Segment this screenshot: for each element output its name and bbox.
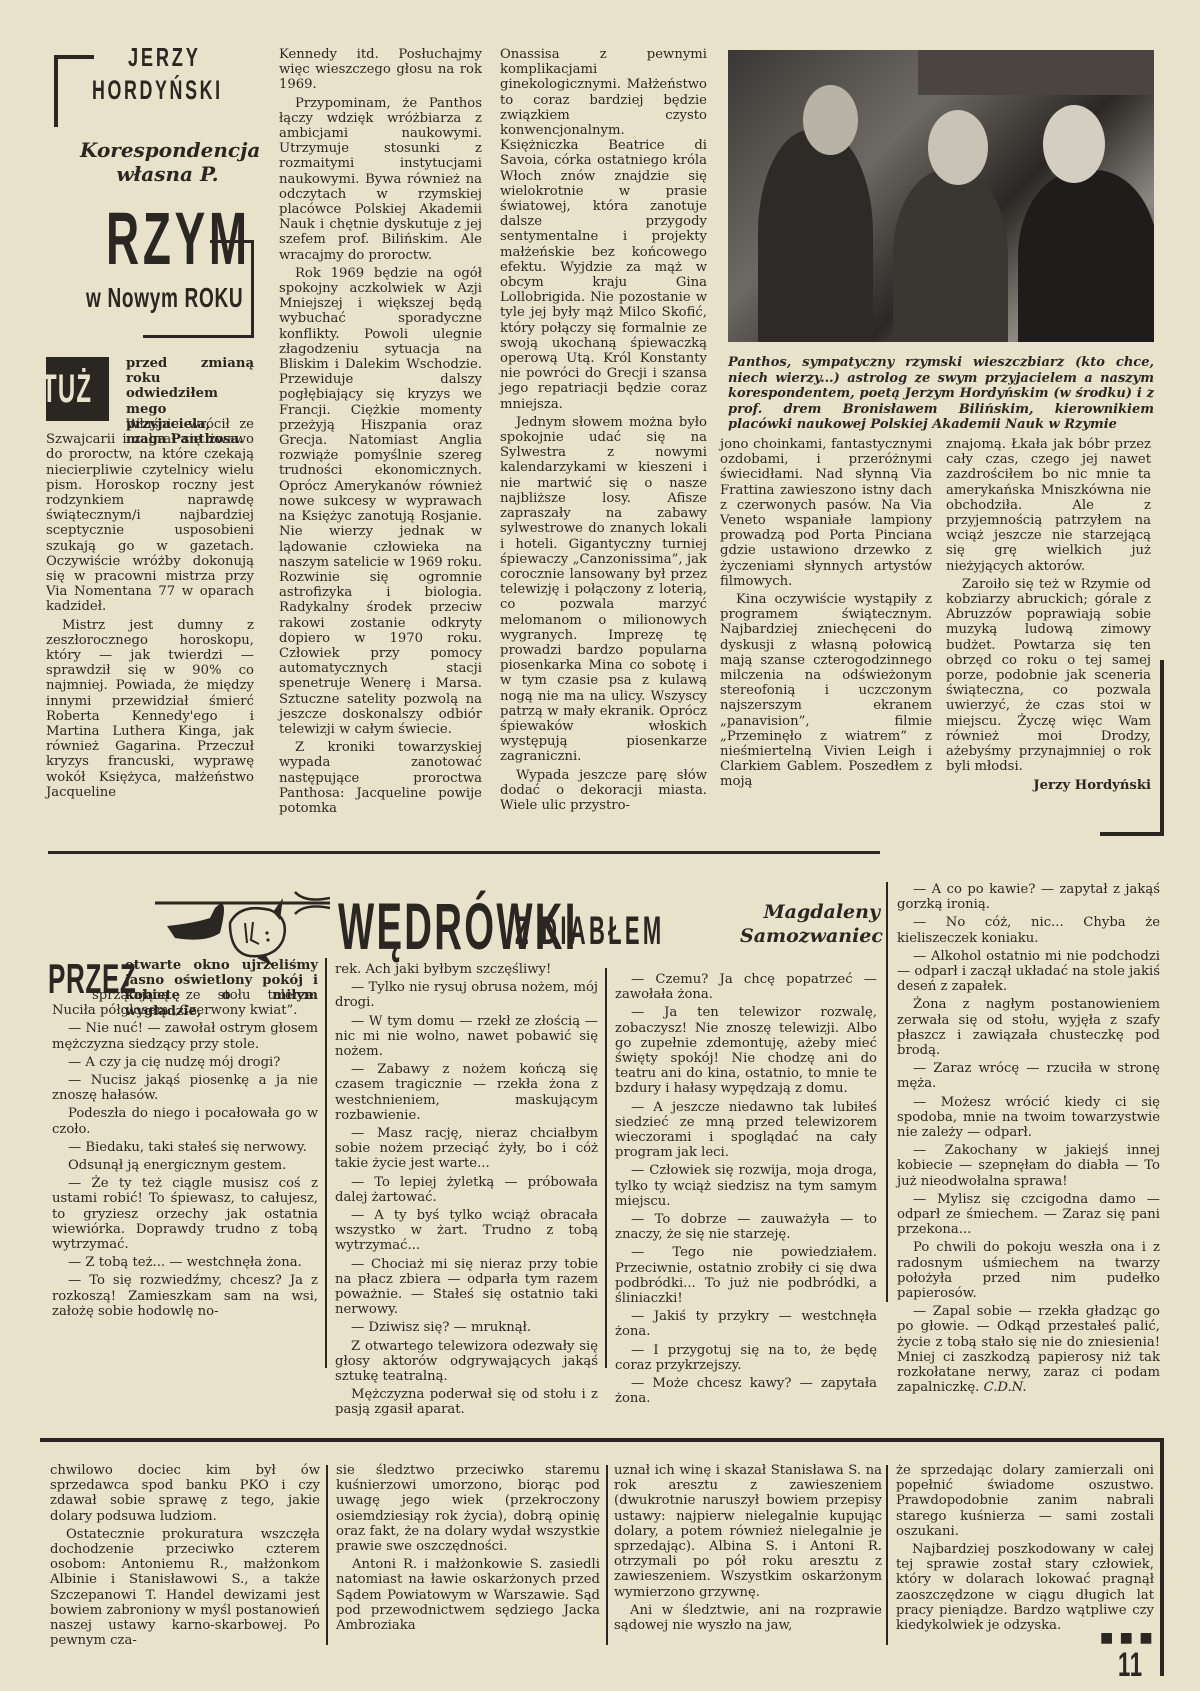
photo-figure xyxy=(1043,105,1105,183)
paragraph: — W tym domu — rzekł ze złością — nic mi… xyxy=(335,1014,598,1060)
paragraph: — Jakiś ty przykry — westchnęła żona. xyxy=(615,1309,877,1339)
paragraph: jono choinkami, fantastycznymi ozdobami,… xyxy=(720,437,932,589)
paragraph: Z kroniki towarzyskiej wypada zanotować … xyxy=(279,740,482,816)
paragraph: sie śledztwo przeciwko staremu kuśnierzo… xyxy=(336,1463,600,1554)
author-first-name: JERZY xyxy=(128,42,201,73)
column-2: rek. Ach jaki byłbym szczęśliwy! — Tylko… xyxy=(335,962,598,1421)
paragraph: — Biedaku, taki stałeś się nerwowy. xyxy=(52,1140,318,1155)
author-heading-last: HORDYŃSKI xyxy=(92,75,290,106)
dropcap-text: TUŻ xyxy=(42,367,92,412)
column-1: sprzątającą ze stołu talerze. Nuciła pół… xyxy=(52,988,318,1322)
paragraph: Żona z nagłym postanowieniem zerwała się… xyxy=(897,997,1160,1058)
photo-figure xyxy=(758,130,873,342)
paragraph: — Zaraz wrócę — rzuciła w stronę męża. xyxy=(897,1061,1160,1091)
paragraph: Onassisa z pewnymi komplikacjami ginekol… xyxy=(500,47,707,412)
paragraph: Najbardziej poszkodowany w całej tej spr… xyxy=(896,1542,1154,1633)
byline-line-2: Samozwaniec xyxy=(740,924,880,948)
column-4: że sprzedając dolary zamierzali oni pope… xyxy=(896,1463,1154,1636)
photo-panthos-and-correspondent xyxy=(728,50,1154,342)
paragraph: Właśnie wrócił ze Szwajcarii i zabrał si… xyxy=(46,417,254,615)
paragraph: — Tylko nie rysuj obrusa nożem, mój drog… xyxy=(335,980,598,1010)
paragraph: Podeszła do niego i pocałowała go w czoł… xyxy=(52,1106,318,1136)
paragraph: Odsunął ją energicznym gestem. xyxy=(52,1158,318,1173)
paragraph: — A jeszcze niedawno tak lubiłeś siedzie… xyxy=(615,1100,877,1161)
column-rule xyxy=(886,882,888,1302)
paragraph: — Czemu? Ja chcę popatrzeć — zawołała żo… xyxy=(615,972,877,1002)
paragraph: — To dobrze — zauważyła — to znaczy, że … xyxy=(615,1212,877,1242)
paragraph: chwilowo dociec kim był ów sprzedawca sp… xyxy=(50,1463,320,1524)
author-heading: JERZY xyxy=(95,42,235,73)
photo-figure xyxy=(1018,170,1154,342)
paragraph: — Mylisz się czcigodna damo — odparł ze … xyxy=(897,1192,1160,1238)
title-rest: Z DIABŁEM xyxy=(515,911,664,951)
column-2: Kennedy itd. Posłuchajmy więc wieszczego… xyxy=(279,47,482,819)
paragraph: — Nie nuć! — zawołał ostrym głosem mężcz… xyxy=(52,1021,318,1051)
paragraph: — Zabawy z nożem kończą się czasem tragi… xyxy=(335,1062,598,1123)
subheadline-text: w Nowym ROKU xyxy=(86,282,243,314)
paragraph: — A czy ja cię nudzę mój drogi? xyxy=(52,1055,318,1070)
paragraph: że sprzedając dolary zamierzali oni pope… xyxy=(896,1463,1154,1539)
paragraph: — To się rozwiedźmy, chcesz? Ja z rozkos… xyxy=(52,1273,318,1319)
paragraph: Kennedy itd. Posłuchajmy więc wieszczego… xyxy=(279,47,482,93)
paragraph: Ani w śledztwie, ani na rozprawie sądowe… xyxy=(614,1603,882,1633)
paragraph: Antoni R. i małżonkowie S. zasiedli nato… xyxy=(336,1557,600,1633)
paragraph: — Alkohol ostatnio mi nie podchodzi — od… xyxy=(897,949,1160,995)
bracket-rule xyxy=(1160,1438,1164,1676)
photo-figure xyxy=(918,50,1154,95)
bracket-rule xyxy=(1160,660,1164,835)
paragraph: Rok 1969 będzie na ogół spokojny aczkolw… xyxy=(279,266,482,737)
paragraph: Po chwili do pokoju weszła ona i z rados… xyxy=(897,1240,1160,1301)
column-rule xyxy=(886,1465,888,1645)
paragraph: — Możesz wrócić kiedy ci się spodoba, mn… xyxy=(897,1095,1160,1141)
byline-line-1: Magdaleny xyxy=(740,900,880,924)
paragraph: uznał ich winę i skazał Stanisława S. na… xyxy=(614,1463,882,1600)
paragraph: Z otwartego telewizora odezwały się głos… xyxy=(335,1339,598,1385)
bracket-rule xyxy=(1100,832,1164,836)
paragraph: — I przygotuj się na to, że będę coraz p… xyxy=(615,1343,877,1373)
photo-figure xyxy=(893,170,1008,342)
paragraph: — Człowiek się rozwija, moja droga, tylk… xyxy=(615,1163,877,1209)
paragraph: Kina oczywiście wystąpiły z programem św… xyxy=(720,592,932,790)
bracket-rule xyxy=(54,55,58,127)
paragraph: — Zapal sobie — rzekła gładząc go po gło… xyxy=(897,1304,1160,1395)
column-rule xyxy=(325,958,327,1368)
bracket-rule xyxy=(210,240,254,243)
headline-title: RZYM xyxy=(106,202,251,276)
paragraph: — Że ty też ciągle musisz coś z ustami r… xyxy=(52,1176,318,1252)
column-2: sie śledztwo przeciwko staremu kuśnierzo… xyxy=(336,1463,600,1636)
bracket-rule xyxy=(54,55,94,59)
paragraph: — A co po kawie? — zapytał z jakąś gorzk… xyxy=(897,882,1160,912)
author-last-name: HORDYŃSKI xyxy=(92,75,223,106)
paragraph: Zaroiło się też w Rzymie od kobziarzy ab… xyxy=(946,577,1151,775)
paragraph: — A ty byś tylko wciąż obracała wszystko… xyxy=(335,1208,598,1254)
dropcap-box: TUŻ xyxy=(46,357,109,421)
photo-figure xyxy=(928,110,988,185)
end-mark: ■ ■ ■ xyxy=(1100,1630,1154,1646)
paragraph: — Masz rację, nieraz chciałbym sobie noż… xyxy=(335,1126,598,1172)
byline: Magdaleny Samozwaniec xyxy=(740,900,880,948)
column-1: Właśnie wrócił ze Szwajcarii i zabrał si… xyxy=(46,417,254,803)
photo-figure xyxy=(803,85,858,155)
column-1: chwilowo dociec kim był ów sprzedawca sp… xyxy=(50,1463,320,1651)
paragraph: sprzątającą ze stołu talerze. Nuciła pół… xyxy=(52,988,318,1018)
paragraph: Mistrz jest dumny z zeszłorocznego horos… xyxy=(46,618,254,800)
paragraph: — Może chcesz kawy? — zapytała żona. xyxy=(615,1376,877,1406)
paragraph: Jednym słowem można było spokojnie udać … xyxy=(500,415,707,765)
paragraph: rek. Ach jaki byłbym szczęśliwy! xyxy=(335,962,598,977)
column-3: uznał ich winę i skazał Stanisława S. na… xyxy=(614,1463,882,1636)
paragraph: — Tego nie powiedziałem. Przeciwnie, ost… xyxy=(615,1245,877,1306)
paragraph: — Chociaż mi się nieraz przy tobie na pł… xyxy=(335,1257,598,1318)
bracket-rule xyxy=(143,335,254,338)
section-divider xyxy=(48,851,880,854)
paragraph: — No cóż, nic... Chyba że kieliszeczek k… xyxy=(897,915,1160,945)
paragraph: — Ja ten telewizor rozwalę, zobaczysz! N… xyxy=(615,1005,877,1096)
devil-illustration-icon xyxy=(155,878,330,968)
column-3: — Czemu? Ja chcę popatrzeć — zawołała żo… xyxy=(615,972,877,1409)
column-rule xyxy=(606,1465,608,1645)
kicker: Korespondencja własna P. xyxy=(80,138,255,186)
column-5: znajomą. Łkała jak bóbr przez cały czas,… xyxy=(946,437,1151,797)
paragraph: Wypada jeszcze parę słów dodać o dekorac… xyxy=(500,768,707,814)
section-divider xyxy=(40,1438,1164,1442)
paragraph: — Zakochany w jakiejś innej kobiecie — s… xyxy=(897,1143,1160,1189)
column-rule xyxy=(326,1465,328,1645)
photo-caption: Panthos, sympatyczny rzymski wieszczbiar… xyxy=(728,355,1154,433)
page-number: 11 xyxy=(1118,1648,1156,1682)
paragraph: — Nucisz jakąś piosenkę a ja nie znoszę … xyxy=(52,1073,318,1103)
column-rule xyxy=(605,968,607,1368)
paragraph: Przypominam, że Panthos łączy wdzięk wró… xyxy=(279,96,482,263)
paragraph: znajomą. Łkała jak bóbr przez cały czas,… xyxy=(946,437,1151,574)
paragraph: — Dziwisz się? — mruknął. xyxy=(335,1320,598,1335)
kicker-line-1: Korespondencja xyxy=(80,138,255,162)
paragraph: Ostatecznie prokuratura wszczęła dochodz… xyxy=(50,1527,320,1649)
paragraph: — To lepiej żyletką — próbowała dalej ża… xyxy=(335,1175,598,1205)
column-4: jono choinkami, fantastycznymi ozdobami,… xyxy=(720,437,932,793)
paragraph: Mężczyzna poderwał się od stołu i z pasj… xyxy=(335,1387,598,1417)
kicker-line-2: własna P. xyxy=(80,162,255,186)
continued-mark: C.D.N. xyxy=(984,1380,1027,1395)
signature: Jerzy Hordyński xyxy=(946,778,1151,793)
column-4: — A co po kawie? — zapytał z jakąś gorzk… xyxy=(897,882,1160,1399)
column-3: Onassisa z pewnymi komplikacjami ginekol… xyxy=(500,47,707,816)
paragraph: — Z tobą też... — westchnęła żona. xyxy=(52,1255,318,1270)
